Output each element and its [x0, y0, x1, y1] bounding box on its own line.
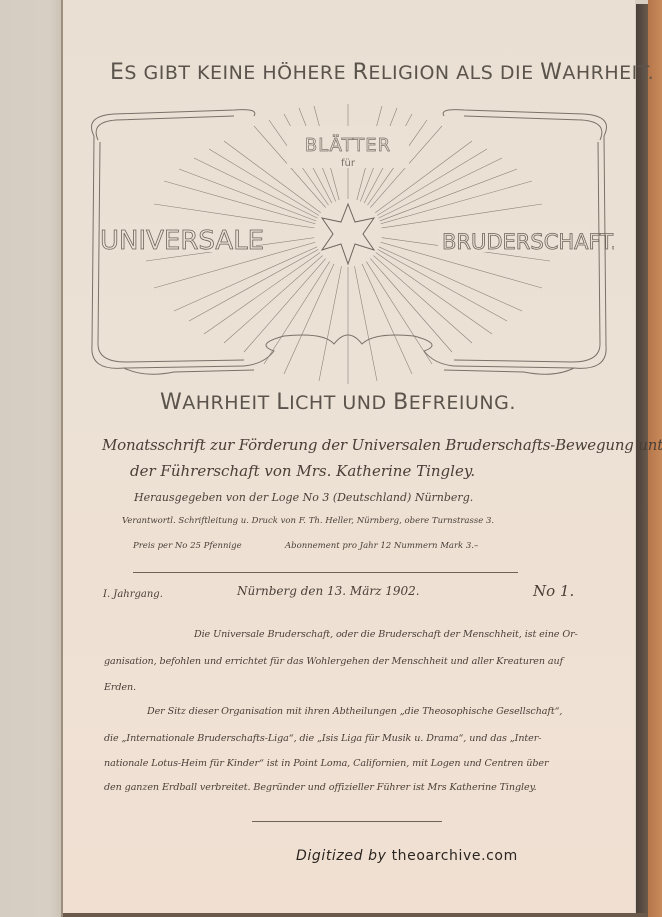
sunburst-frame-illustration: BLÄTTER für UNIVERSALE BRUDERSCHAFT.	[84, 96, 614, 386]
motto-part-2: ELIGION ALS DIE	[368, 62, 540, 84]
subtitle-line-1: Monatsschrift zur Förderung der Universa…	[102, 436, 662, 454]
issue-number: No 1.	[533, 582, 574, 600]
book-cover-bottom-edge	[63, 913, 648, 917]
body-paragraph-1-line-3: Erden.	[104, 682, 136, 693]
tagline-part-1: AHRHEIT	[182, 392, 276, 414]
motto-initial-r: R	[353, 60, 369, 85]
tagline-part-2: ICHT UND	[289, 392, 393, 414]
issue-date: Nürnberg den 13. März 1902.	[237, 584, 420, 598]
tagline-part-3: EFREIUNG.	[409, 392, 516, 414]
motto-part-3: AHRHEIT.	[562, 62, 654, 84]
publisher-line: Herausgegeben von der Loge No 3 (Deutsch…	[134, 491, 473, 504]
digitization-watermark: Digitized by theoarchive.com	[296, 848, 518, 864]
body-paragraph-2-line-3: nationale Lotus-Heim für Kinder“ ist in …	[104, 758, 548, 769]
subscription-line: Abonnement pro Jahr 12 Nummern Mark 3.–	[285, 541, 478, 551]
divider-top	[133, 572, 518, 573]
body-paragraph-2-line-1: Der Sitz dieser Organisation mit ihren A…	[147, 706, 562, 717]
watermark-prefix: Digitized by	[296, 848, 387, 864]
body-paragraph-2-line-2: die „Internationale Bruderschafts-Liga“,…	[104, 733, 541, 744]
motto-initial-e: E	[110, 60, 124, 85]
masthead-ornament: BLÄTTER für UNIVERSALE BRUDERSCHAFT.	[84, 96, 614, 386]
watermark-site: theoarchive.com	[392, 848, 518, 864]
book-cover-edge	[636, 4, 648, 917]
svg-text:UNIVERSALE: UNIVERSALE	[100, 226, 264, 256]
svg-text:BRUDERSCHAFT.: BRUDERSCHAFT.	[442, 230, 614, 254]
motto-part-1: S GIBT KEINE HÖHERE	[124, 62, 352, 84]
tagline-initial-w: W	[160, 390, 182, 415]
volume-label: I. Jahrgang.	[103, 589, 163, 600]
editor-line: Verantwortl. Schriftleitung u. Druck von…	[122, 516, 494, 526]
svg-text:BLÄTTER: BLÄTTER	[305, 135, 391, 156]
tagline-initial-b: B	[393, 390, 409, 415]
motto-initial-w: W	[540, 60, 562, 85]
body-paragraph-1-line-1: Die Universale Bruderschaft, oder die Br…	[194, 629, 578, 640]
tagline-initial-l: L	[276, 390, 289, 415]
motto-heading: ES GIBT KEINE HÖHERE RELIGION ALS DIE WA…	[110, 60, 654, 85]
body-paragraph-1-line-2: ganisation, befohlen und errichtet für d…	[104, 656, 563, 667]
subtitle-line-2: der Führerschaft von Mrs. Katherine Ting…	[130, 462, 475, 480]
tagline-heading: WAHRHEIT LICHT UND BEFREIUNG.	[160, 390, 516, 415]
facing-page	[0, 0, 62, 917]
table-surface	[648, 0, 662, 917]
svg-text:für: für	[341, 158, 356, 169]
price-line: Preis per No 25 Pfennige	[133, 541, 242, 551]
body-paragraph-2-line-4: den ganzen Erdball verbreitet. Begründer…	[104, 782, 537, 793]
divider-bottom	[252, 821, 442, 822]
